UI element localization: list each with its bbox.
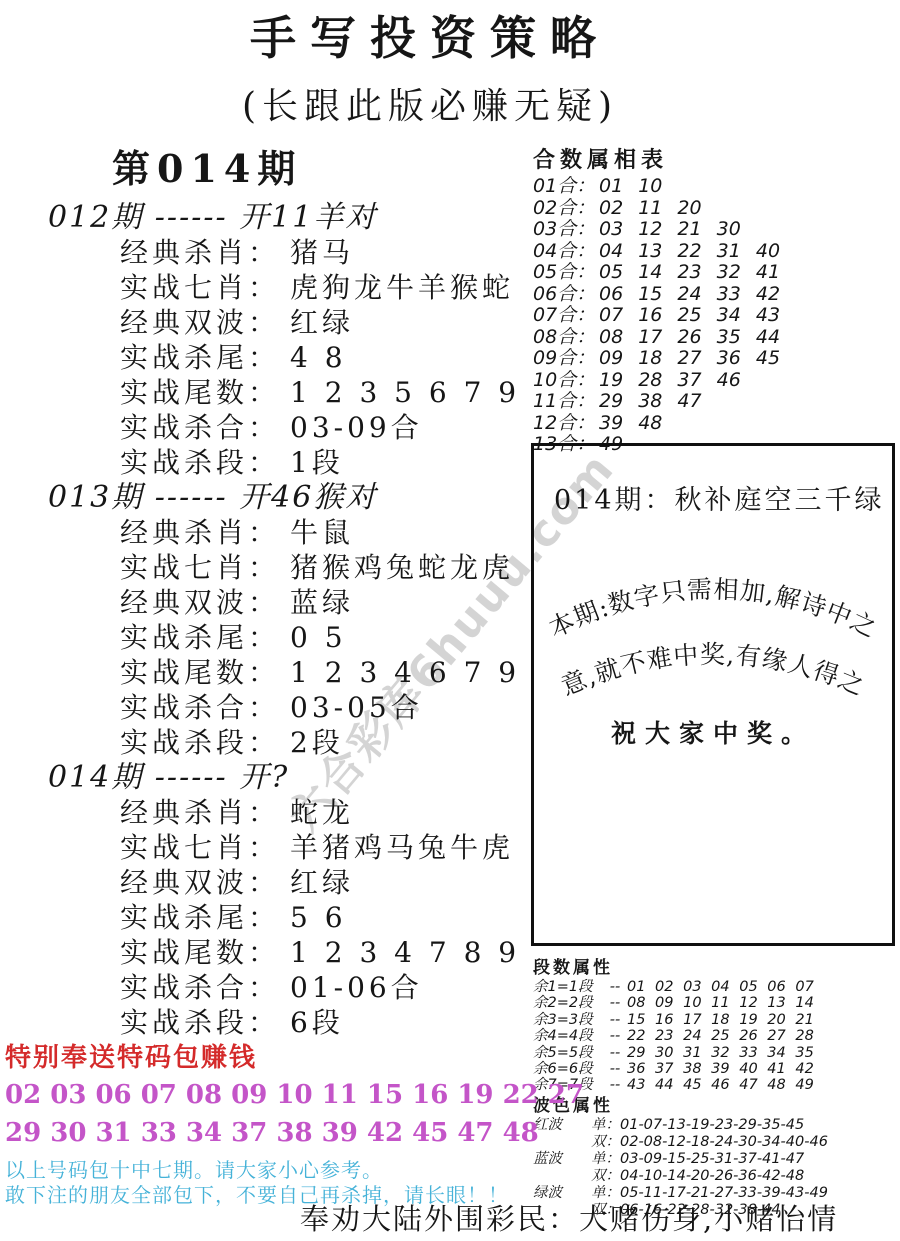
detail-value: 5 6: [290, 901, 347, 934]
segment-row-label: 余5=5段: [533, 1045, 603, 1061]
promo-numbers-line2: 29 30 31 33 34 37 38 39 42 45 47 48: [5, 1117, 527, 1150]
sum-row-label: 11合：: [533, 391, 591, 413]
page-subtitle: (长跟此版必赚无疑): [150, 78, 710, 129]
detail-row: 经典杀肖：牛鼠: [30, 515, 528, 550]
detail-value: 0 5: [290, 621, 347, 654]
segment-row-label: 余6=6段: [533, 1061, 603, 1077]
segment-row-separator: --: [603, 1077, 627, 1093]
sum-row-label: 04合：: [533, 241, 591, 263]
detail-value: 03-05合: [290, 691, 423, 724]
lottery-flyer-page: 六合彩库6huuu.com 手写投资策略 (长跟此版必赚无疑) 第014期 01…: [0, 0, 900, 1241]
segment-row-numbers: 01 02 03 04 05 06 07: [627, 979, 814, 995]
segment-row: 余4=4段 -- 22 23 24 25 26 27 28: [533, 1028, 895, 1044]
sum-row: 02合： 02 11 20: [533, 198, 895, 220]
detail-label: 实战尾数：: [120, 936, 280, 969]
segment-table-title: 段数属性: [533, 957, 895, 979]
promo-numbers-line1: 02 03 06 07 08 09 10 11 15 16 19 22 27: [5, 1079, 527, 1112]
sum-row-numbers: 04 13 22 31 40: [599, 241, 780, 263]
wave-color-table-title: 波色属性: [533, 1095, 895, 1117]
detail-row: 实战七肖：羊猪鸡马兔牛虎: [30, 830, 528, 865]
sum-row-numbers: 39 48: [599, 413, 662, 435]
detail-row: 经典双波：蓝绿: [30, 585, 528, 620]
sum-row-numbers: 08 17 26 35 44: [599, 327, 780, 349]
detail-value: 1段: [290, 446, 344, 479]
section-013: 013期 ------ 开46猴对 经典杀肖：牛鼠 实战七肖：猪猴鸡兔蛇龙虎 经…: [30, 480, 528, 760]
section-014: 014期 ------ 开? 经典杀肖：蛇龙 实战七肖：羊猪鸡马兔牛虎 经典双波…: [30, 760, 528, 1040]
sum-row-numbers: 06 15 24 33 42: [599, 284, 780, 306]
detail-value: 猪猴鸡兔蛇龙虎: [290, 551, 514, 584]
segment-row-separator: --: [603, 995, 627, 1011]
sum-row: 01合： 01 10: [533, 176, 895, 198]
sum-row: 03合： 03 12 21 30: [533, 219, 895, 241]
detail-value: 蛇龙: [290, 796, 354, 829]
sum-row-label: 05合：: [533, 262, 591, 284]
detail-label: 经典杀肖：: [120, 796, 280, 829]
segment-row-numbers: 36 37 38 39 40 41 42: [627, 1061, 814, 1077]
segment-row-numbers: 15 16 17 18 19 20 21: [627, 1012, 814, 1028]
arc-line-2: 意,就不难中奖,有缘人得之: [557, 640, 869, 701]
detail-row: 实战尾数：1 2 3 4 7 8 9: [30, 935, 528, 970]
wave-group: 红波 单：01-07-13-19-23-29-35-45 双：02-08-12-…: [533, 1117, 895, 1151]
segment-row-separator: --: [603, 1045, 627, 1061]
detail-label: 经典双波：: [120, 586, 280, 619]
sum-row-label: 12合：: [533, 413, 591, 435]
segment-row: 余6=6段 -- 36 37 38 39 40 41 42: [533, 1061, 895, 1077]
promo-note-1: 以上号码包十中七期。请大家小心参考。: [5, 1158, 527, 1183]
detail-label: 实战七肖：: [120, 831, 280, 864]
segment-table: 段数属性 余1=1段 -- 01 02 03 04 05 06 07 余2=2段…: [533, 957, 895, 1094]
segment-row: 余5=5段 -- 29 30 31 32 33 34 35: [533, 1045, 895, 1061]
arc-line-1: 本期:数字只需相加,解诗中之: [544, 575, 881, 643]
detail-row: 实战杀段：2段: [30, 725, 528, 760]
detail-value: 2段: [290, 726, 344, 759]
detail-label: 实战杀段：: [120, 446, 280, 479]
detail-label: 经典双波：: [120, 866, 280, 899]
detail-label: 实战杀合：: [120, 971, 280, 1004]
detail-value: 1 2 3 5 6 7 9: [290, 376, 520, 409]
segment-row-separator: --: [603, 979, 627, 995]
segment-row-label: 余2=2段: [533, 995, 603, 1011]
segment-row: 余3=3段 -- 15 16 17 18 19 20 21: [533, 1012, 895, 1028]
sum-row-label: 02合：: [533, 198, 591, 220]
sum-zodiac-table-title: 合数属相表: [533, 146, 895, 176]
detail-label: 实战杀段：: [120, 726, 280, 759]
detail-row: 实战杀合：03-09合: [30, 410, 528, 445]
detail-label: 实战杀尾：: [120, 901, 280, 934]
segment-row-label: 余4=4段: [533, 1028, 603, 1044]
detail-row: 实战杀尾：5 6: [30, 900, 528, 935]
detail-label: 实战尾数：: [120, 376, 280, 409]
detail-value: 蓝绿: [290, 586, 354, 619]
sum-row: 05合： 05 14 23 32 41: [533, 262, 895, 284]
wave-even-line: 双：02-08-12-18-24-30-34-40-46: [591, 1134, 895, 1151]
segment-row: 余2=2段 -- 08 09 10 11 12 13 14: [533, 995, 895, 1011]
detail-value: 红绿: [290, 306, 354, 339]
sum-row: 08合： 08 17 26 35 44: [533, 327, 895, 349]
issue-heading: 第014期: [30, 146, 528, 192]
sum-row-numbers: 09 18 27 36 45: [599, 348, 780, 370]
sum-zodiac-table: 合数属相表 01合： 01 10 02合： 02 11 20 03合： 03 1…: [533, 146, 895, 456]
wave-odd-line: 单：01-07-13-19-23-29-35-45: [591, 1117, 895, 1134]
detail-label: 实战杀合：: [120, 411, 280, 444]
section-header: 014期 ------ 开?: [30, 760, 528, 795]
promo-block: 特别奉送特码包赚钱 02 03 06 07 08 09 10 11 15 16 …: [5, 1042, 527, 1208]
sum-row-label: 09合：: [533, 348, 591, 370]
wave-name: 蓝波: [533, 1151, 591, 1185]
header: 手写投资策略 (长跟此版必赚无疑): [150, 2, 710, 129]
wave-odd-line: 单：03-09-15-25-31-37-41-47: [591, 1151, 895, 1168]
segment-row-numbers: 29 30 31 32 33 34 35: [627, 1045, 814, 1061]
sum-row-numbers: 03 12 21 30: [599, 219, 741, 241]
page-title: 手写投资策略: [150, 2, 710, 68]
wave-group: 蓝波 单：03-09-15-25-31-37-41-47 双：04-10-14-…: [533, 1151, 895, 1185]
footer-advice: 奉劝大陆外围彩民：大赌伤身,小赌怡情: [300, 1197, 896, 1238]
poem-box: 014期：秋补庭空三千绿 本期:数字只需相加,解诗中之 意,就不难中奖,有缘人得…: [531, 443, 895, 946]
detail-value: 猪马: [290, 236, 354, 269]
section-012: 012期 ------ 开11羊对 经典杀肖：猪马 实战七肖：虎狗龙牛羊猴蛇 经…: [30, 200, 528, 480]
detail-row: 实战杀段：1段: [30, 445, 528, 480]
sum-row-numbers: 19 28 37 46: [599, 370, 741, 392]
segment-row-separator: --: [603, 1028, 627, 1044]
detail-value: 虎狗龙牛羊猴蛇: [290, 271, 514, 304]
promo-title: 特别奉送特码包赚钱: [5, 1042, 527, 1074]
detail-row: 经典双波：红绿: [30, 865, 528, 900]
segment-row-numbers: 08 09 10 11 12 13 14: [627, 995, 814, 1011]
section-header: 012期 ------ 开11羊对: [30, 200, 528, 235]
segment-row-numbers: 22 23 24 25 26 27 28: [627, 1028, 814, 1044]
sum-row-numbers: 05 14 23 32 41: [599, 262, 780, 284]
blessing-text: 祝大家中奖。: [534, 714, 892, 750]
sum-row: 10合： 19 28 37 46: [533, 370, 895, 392]
sum-row-label: 03合：: [533, 219, 591, 241]
detail-value: 01-06合: [290, 971, 423, 1004]
sum-row-numbers: 02 11 20: [599, 198, 702, 220]
detail-row: 经典杀肖：猪马: [30, 235, 528, 270]
segment-row: 余7=7段 -- 43 44 45 46 47 48 49: [533, 1077, 895, 1093]
segment-row-numbers: 43 44 45 46 47 48 49: [627, 1077, 814, 1093]
poem-arc-graphic: 本期:数字只需相加,解诗中之 意,就不难中奖,有缘人得之: [534, 508, 892, 738]
sum-row: 07合： 07 16 25 34 43: [533, 305, 895, 327]
detail-row: 实战尾数：1 2 3 4 6 7 9: [30, 655, 528, 690]
sum-row: 12合： 39 48: [533, 413, 895, 435]
detail-value: 红绿: [290, 866, 354, 899]
sum-row-numbers: 07 16 25 34 43: [599, 305, 780, 327]
segment-row: 余1=1段 -- 01 02 03 04 05 06 07: [533, 979, 895, 995]
sum-row-label: 07合：: [533, 305, 591, 327]
detail-label: 实战杀合：: [120, 691, 280, 724]
detail-value: 4 8: [290, 341, 347, 374]
sum-row-label: 01合：: [533, 176, 591, 198]
sum-row-label: 10合：: [533, 370, 591, 392]
section-header: 013期 ------ 开46猴对: [30, 480, 528, 515]
detail-label: 经典双波：: [120, 306, 280, 339]
detail-row: 实战七肖：猪猴鸡兔蛇龙虎: [30, 550, 528, 585]
detail-row: 实战尾数：1 2 3 5 6 7 9: [30, 375, 528, 410]
detail-label: 实战杀尾：: [120, 621, 280, 654]
sum-row: 11合： 29 38 47: [533, 391, 895, 413]
detail-label: 经典杀肖：: [120, 236, 280, 269]
predictions-column: 第014期 012期 ------ 开11羊对 经典杀肖：猪马 实战七肖：虎狗龙…: [30, 146, 528, 1040]
detail-label: 实战七肖：: [120, 551, 280, 584]
detail-row: 实战杀尾：4 8: [30, 340, 528, 375]
detail-row: 实战杀段：6段: [30, 1005, 528, 1040]
detail-label: 实战杀尾：: [120, 341, 280, 374]
sum-row-label: 08合：: [533, 327, 591, 349]
sum-row-numbers: 29 38 47: [599, 391, 702, 413]
detail-row: 实战杀尾：0 5: [30, 620, 528, 655]
detail-value: 羊猪鸡马兔牛虎: [290, 831, 514, 864]
detail-row: 实战杀合：01-06合: [30, 970, 528, 1005]
detail-row: 经典双波：红绿: [30, 305, 528, 340]
detail-value: 1 2 3 4 7 8 9: [290, 936, 520, 969]
segment-row-label: 余1=1段: [533, 979, 603, 995]
detail-label: 实战杀段：: [120, 1006, 280, 1039]
wave-even-line: 双：04-10-14-20-26-36-42-48: [591, 1168, 895, 1185]
wave-name: 红波: [533, 1117, 591, 1151]
detail-row: 经典杀肖：蛇龙: [30, 795, 528, 830]
sum-row-numbers: 01 10: [599, 176, 662, 198]
segment-row-separator: --: [603, 1012, 627, 1028]
detail-value: 牛鼠: [290, 516, 354, 549]
segment-row-label: 余3=3段: [533, 1012, 603, 1028]
detail-value: 6段: [290, 1006, 344, 1039]
detail-row: 实战杀合：03-05合: [30, 690, 528, 725]
sum-row-label: 06合：: [533, 284, 591, 306]
detail-label: 实战七肖：: [120, 271, 280, 304]
sum-row: 09合： 09 18 27 36 45: [533, 348, 895, 370]
detail-value: 1 2 3 4 6 7 9: [290, 656, 520, 689]
detail-label: 经典杀肖：: [120, 516, 280, 549]
sum-row: 06合： 06 15 24 33 42: [533, 284, 895, 306]
detail-label: 实战尾数：: [120, 656, 280, 689]
segment-row-separator: --: [603, 1061, 627, 1077]
detail-value: 03-09合: [290, 411, 423, 444]
sum-row: 04合： 04 13 22 31 40: [533, 241, 895, 263]
detail-row: 实战七肖：虎狗龙牛羊猴蛇: [30, 270, 528, 305]
